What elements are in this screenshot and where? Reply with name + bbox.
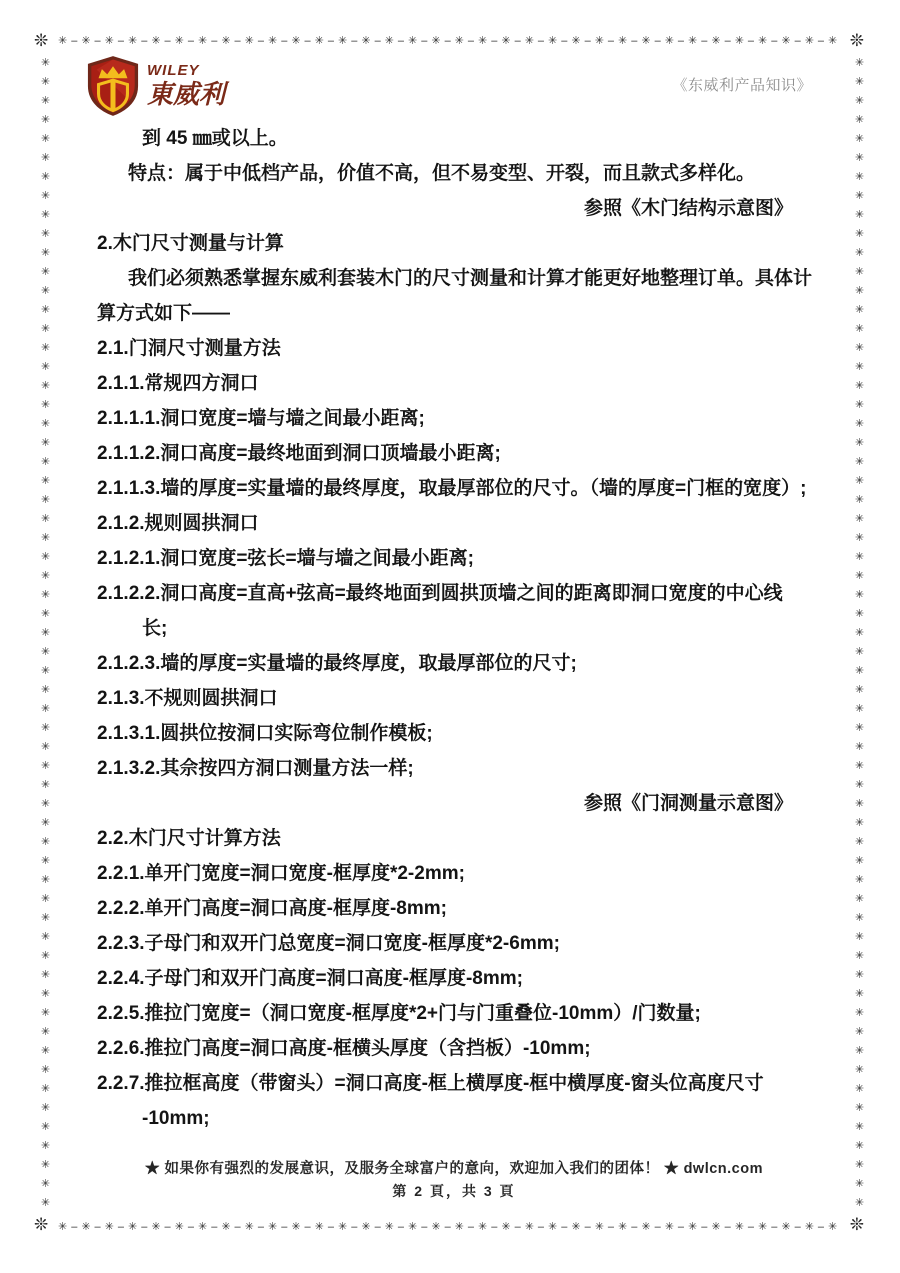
body-line: 参照《木门结构示意图》 [97,191,811,226]
body-line: 2.2.2.单开门高度=洞口高度-框厚度-8mm; [97,891,811,926]
border-corner-ornament: ❊ [850,32,864,49]
body-line: 长; [97,611,811,646]
border-left-ornament: ✳✳✳✳✳✳✳✳✳✳✳✳✳✳✳✳✳✳✳✳✳✳✳✳✳✳✳✳✳✳✳✳✳✳✳✳✳✳✳✳… [32,56,52,1214]
body-line: 2.2.5.推拉门宽度=（洞口宽度-框厚度*2+门与门重叠位-10mm）/门数量… [97,996,811,1031]
body-line: 2.木门尺寸测量与计算 [97,226,811,261]
body-line: 2.1.2.2.洞口高度=直高+弦高=最终地面到圆拱顶墙之间的距离即洞口宽度的中… [97,576,811,611]
body-line: 2.1.1.2.洞口高度=最终地面到洞口顶墙最小距离; [97,436,811,471]
document-body: 到 45 ㎜或以上。特点：属于中低档产品，价值不高，但不易变型、开裂，而且款式多… [97,121,811,1136]
border-corner-ornament: ❊ [850,1216,864,1233]
document-series-title: 《东威利产品知识》 [672,74,812,95]
body-line: 2.1.1.常规四方洞口 [97,366,811,401]
brand-text: WILEY 東威利 [147,63,225,109]
border-top-ornament: ✳–✳–✳–✳–✳–✳–✳–✳–✳–✳–✳–✳–✳–✳–✳–✳–✳–✳–✳–✳–… [58,31,840,51]
body-line: 2.1.2.1.洞口宽度=弦长=墙与墙之间最小距离; [97,541,811,576]
border-bottom-ornament: ✳–✳–✳–✳–✳–✳–✳–✳–✳–✳–✳–✳–✳–✳–✳–✳–✳–✳–✳–✳–… [58,1217,840,1237]
body-line: 2.1.2.3.墙的厚度=实量墙的最终厚度，取最厚部位的尺寸; [97,646,811,681]
body-line: 我们必须熟悉掌握东威利套装木门的尺寸测量和计算才能更好地整理订单。具体计 [97,261,811,296]
page-footer: ★ 如果你有强烈的发展意识，及服务全球富户的意向，欢迎加入我们的团体！ ★ dw… [97,1158,811,1202]
brand-name-cn: 東威利 [147,79,225,109]
body-line: 2.2.7.推拉框高度（带窗头）=洞口高度-框上横厚度-框中横厚度-窗头位高度尺… [97,1066,811,1101]
body-line: 2.1.2.规则圆拱洞口 [97,506,811,541]
body-line: 2.1.门洞尺寸测量方法 [97,331,811,366]
brand-name-en: WILEY [147,63,225,79]
body-line: 参照《门洞测量示意图》 [97,786,811,821]
body-line: 2.1.1.3.墙的厚度=实量墙的最终厚度，取最厚部位的尺寸。（墙的厚度=门框的… [97,471,811,506]
body-line: 算方式如下—— [97,296,811,331]
body-line: 2.1.3.不规则圆拱洞口 [97,681,811,716]
border-right-ornament: ✳✳✳✳✳✳✳✳✳✳✳✳✳✳✳✳✳✳✳✳✳✳✳✳✳✳✳✳✳✳✳✳✳✳✳✳✳✳✳✳… [846,56,866,1214]
border-corner-ornament: ❊ [34,1216,48,1233]
body-line: 2.2.1.单开门宽度=洞口宽度-框厚度*2-2mm; [97,856,811,891]
body-line: 2.2.3.子母门和双开门总宽度=洞口宽度-框厚度*2-6mm; [97,926,811,961]
page-number: 第 2 頁，共 3 頁 [97,1180,811,1202]
body-line: 2.1.3.2.其佘按四方洞口测量方法一样; [97,751,811,786]
footer-slogan: ★ 如果你有强烈的发展意识，及服务全球富户的意向，欢迎加入我们的团体！ ★ dw… [97,1158,811,1180]
body-line: 2.2.6.推拉门高度=洞口高度-框横头厚度（含挡板）-10mm; [97,1031,811,1066]
body-line: -10mm; [97,1101,811,1136]
document-page: ✳–✳–✳–✳–✳–✳–✳–✳–✳–✳–✳–✳–✳–✳–✳–✳–✳–✳–✳–✳–… [0,0,900,1273]
body-line: 2.1.3.1.圆拱位按洞口实际弯位制作模板; [97,716,811,751]
body-line: 2.2.4.子母门和双开门高度=洞口高度-框厚度-8mm; [97,961,811,996]
company-logo: WILEY 東威利 [86,54,225,118]
body-line: 2.1.1.1.洞口宽度=墙与墙之间最小距离; [97,401,811,436]
body-line: 到 45 ㎜或以上。 [97,121,811,156]
body-line: 特点：属于中低档产品，价值不高，但不易变型、开裂，而且款式多样化。 [97,156,811,191]
body-line: 2.2.木门尺寸计算方法 [97,821,811,856]
shield-logo-icon [86,54,140,118]
border-corner-ornament: ❊ [34,32,48,49]
